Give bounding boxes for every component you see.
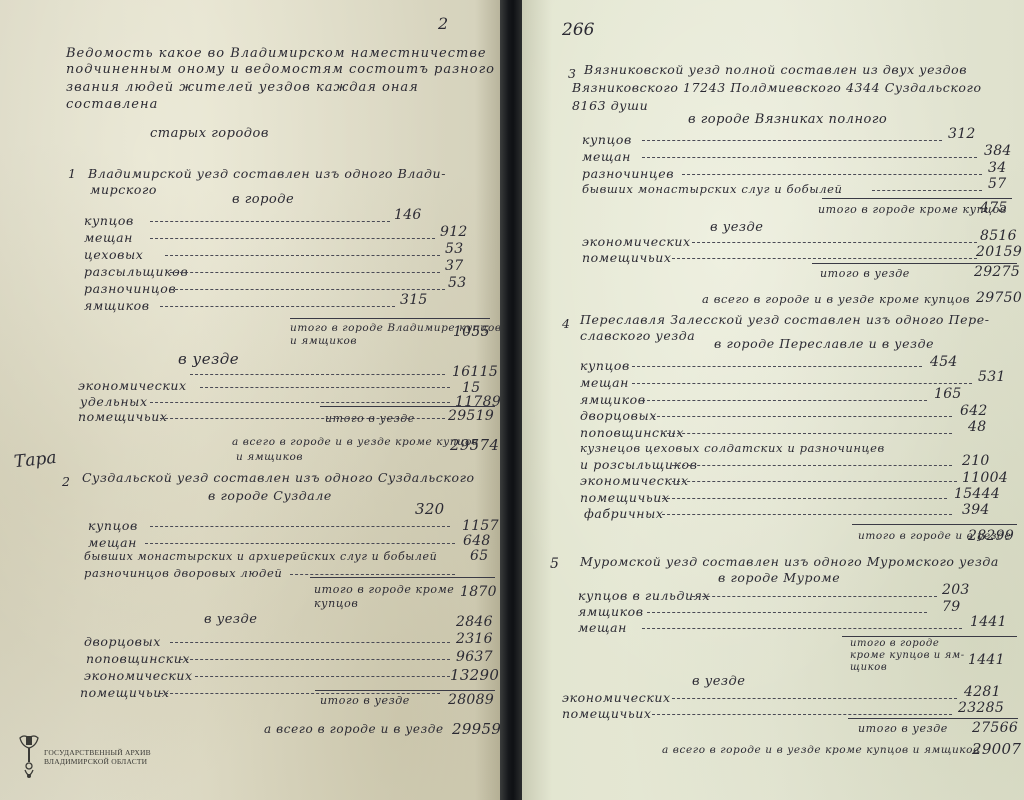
grand-total-value: 29750 <box>976 290 1022 306</box>
grand-total-label: а всего в городе и в уезде кроме купцов <box>702 292 970 306</box>
total-rule <box>315 690 495 691</box>
row-label: разночинцов дворовых людей <box>84 566 282 580</box>
total-label: итого в уезде <box>320 694 410 707</box>
row-value: 20159 <box>976 244 1022 260</box>
total-rule <box>848 718 1018 719</box>
leader-dashes <box>150 221 390 222</box>
left-page: 2 Ведомость какое во Владимирском намест… <box>0 0 500 800</box>
section-heading: Владимирской уезд составлен изъ одного В… <box>88 166 446 181</box>
leader-dashes <box>632 383 972 384</box>
row-label: бывших монастырских слуг и бобылей <box>582 182 843 196</box>
leader-dashes <box>165 255 440 256</box>
district-label: в уезде <box>178 350 239 368</box>
grand-total-value: 29959 <box>452 720 501 738</box>
leader-dashes <box>145 543 455 544</box>
row-value: 1157 <box>462 518 499 534</box>
row-label: поповщинских <box>86 651 190 666</box>
leader-dashes <box>692 596 937 597</box>
row-label: разночинцев <box>582 166 674 181</box>
leader-dashes <box>652 714 952 715</box>
section-heading: мирского <box>90 182 157 197</box>
city-label: в городе <box>232 192 294 207</box>
row-label: ямщиков <box>578 604 644 619</box>
row-label: помещичьих <box>562 706 652 721</box>
total-value: 27566 <box>972 720 1018 736</box>
archive-stamp-line1: ГОСУДАРСТВЕННЫЙ АРХИВ <box>44 748 151 757</box>
row-value: 320 <box>415 500 445 518</box>
leader-dashes <box>662 433 952 434</box>
row-value: 165 <box>934 386 962 402</box>
row-label: мещан <box>578 620 627 635</box>
leader-dashes <box>652 416 952 417</box>
total-value: 1055 <box>453 324 490 340</box>
total-label: купцов <box>314 597 358 610</box>
grand-total-label: а всего в городе и в уезде кроме купцов … <box>662 744 980 756</box>
archive-stamp: ГОСУДАРСТВЕННЫЙ АРХИВ ВЛАДИМИРСКОЙ ОБЛАС… <box>18 732 151 782</box>
section-number: 1 <box>68 166 77 181</box>
row-value: 65 <box>470 548 488 564</box>
total-label: итого в городе <box>850 638 939 649</box>
row-value: 16115 <box>452 364 498 380</box>
leader-dashes <box>682 174 982 175</box>
row-label: дворцовых <box>580 408 657 423</box>
total-label: итого в уезде <box>858 722 948 735</box>
section-heading: Суздальской уезд составлен изъ одного Су… <box>82 470 475 485</box>
row-value: 53 <box>445 241 463 257</box>
row-value: 203 <box>942 582 970 598</box>
leader-dashes <box>642 400 927 401</box>
district-label: в уезде <box>692 674 745 689</box>
leader-dashes <box>647 612 927 613</box>
row-label: помещичьих <box>580 490 670 505</box>
total-label: итого в городе кроме купцов <box>818 203 1007 216</box>
row-label: ямщиков <box>580 392 646 407</box>
row-label: фабричных <box>584 506 664 521</box>
leader-dashes <box>642 628 962 629</box>
grand-total-label: а всего в городе и в уезде <box>264 722 444 736</box>
row-label: купцов в гильдиях <box>578 588 710 603</box>
row-value: 4281 <box>964 684 1001 700</box>
row-value: 57 <box>988 176 1006 192</box>
leader-dashes <box>692 242 977 243</box>
leader-dashes <box>290 574 455 575</box>
row-label: бывших монастырских и архиерейских слуг … <box>84 550 437 563</box>
row-value: 1441 <box>970 614 1007 630</box>
leader-dashes <box>170 642 450 643</box>
leader-dashes <box>672 698 957 699</box>
row-value: 48 <box>968 419 986 435</box>
section-heading: Переславля Залесской уезд составлен изъ … <box>580 312 990 327</box>
leader-dashes <box>170 272 440 273</box>
district-label: в уезде <box>204 612 257 627</box>
title-line: Ведомость какое во Владимирском наместни… <box>66 46 487 61</box>
leader-dashes <box>672 481 957 482</box>
total-label: кроме купцов и ям- <box>850 650 965 661</box>
leader-dashes <box>672 258 977 259</box>
row-label: помещичьих <box>582 250 672 265</box>
margin-note: Тара <box>13 448 57 472</box>
archive-emblem-icon <box>18 732 40 782</box>
total-label: и ямщиков <box>290 335 357 347</box>
row-value: 531 <box>978 369 1006 385</box>
row-value: 146 <box>394 207 422 223</box>
section-heading: Муромской уезд составлен изъ одного Муро… <box>580 554 999 569</box>
section-number: 3 <box>568 66 577 81</box>
row-label: мещан <box>582 149 631 164</box>
total-value: 28299 <box>968 528 1014 544</box>
leader-dashes <box>872 190 982 191</box>
subtitle: старых городов <box>150 126 269 141</box>
row-value: 79 <box>942 599 960 615</box>
city-label: в городе Суздале <box>208 488 332 503</box>
row-label: помещичьих <box>80 685 170 700</box>
leader-dashes <box>180 659 450 660</box>
section-number: 2 <box>62 474 71 489</box>
section-heading: славского уезда <box>580 328 695 343</box>
total-rule <box>290 318 490 319</box>
total-value: 1441 <box>968 652 1005 668</box>
row-value: 394 <box>962 502 990 518</box>
leader-dashes <box>150 402 450 403</box>
leader-dashes <box>200 387 450 388</box>
city-label: в городе Муроме <box>718 570 840 585</box>
section-number: 5 <box>550 556 560 572</box>
title-line: подчиненным оному и ведомостям состоитъ … <box>66 62 495 77</box>
row-label: купцов <box>580 358 630 373</box>
city-label: в городе Переславле и в уезде <box>714 336 934 351</box>
total-rule <box>320 406 495 407</box>
book-spine <box>500 0 522 800</box>
row-value: 642 <box>960 403 988 419</box>
total-rule <box>842 636 1017 637</box>
row-value: 37 <box>445 258 463 274</box>
row-value: 2846 <box>456 614 493 630</box>
leader-dashes <box>190 374 445 375</box>
row-label: мещан <box>84 230 133 245</box>
title-line: звания людей жителей уездов каждая оная <box>66 80 419 95</box>
total-label: итого в уезде <box>325 412 415 425</box>
row-value: 13290 <box>450 666 499 684</box>
total-value: 1870 <box>460 584 497 600</box>
leader-dashes <box>150 238 435 239</box>
row-value: 9637 <box>456 649 493 665</box>
row-label: разночинцов <box>84 281 176 296</box>
row-label: цеховых <box>84 247 143 262</box>
leader-dashes <box>150 526 450 527</box>
row-value: 315 <box>400 292 428 308</box>
row-label: экономических <box>84 668 193 683</box>
leader-dashes <box>170 289 445 290</box>
leader-dashes <box>642 157 977 158</box>
total-value: 475 <box>980 200 1008 216</box>
leader-dashes <box>672 465 952 466</box>
total-label: итого в городе кроме <box>314 583 454 596</box>
row-value: 454 <box>930 354 958 370</box>
total-rule <box>310 577 495 578</box>
row-label: мещан <box>580 375 629 390</box>
grand-total-value: 29007 <box>972 740 1021 758</box>
total-rule <box>822 198 1012 199</box>
leader-dashes <box>195 676 450 677</box>
total-rule <box>852 524 1017 525</box>
leader-dashes <box>662 498 947 499</box>
page-mark: 2 <box>438 14 448 33</box>
row-label: экономических <box>562 690 671 705</box>
leader-dashes <box>662 514 952 515</box>
total-label: итого в уезде <box>820 267 910 280</box>
section-heading: 8163 души <box>572 98 648 113</box>
row-value: 11004 <box>962 470 1008 486</box>
leader-dashes <box>160 306 395 307</box>
row-value: 8516 <box>980 228 1017 244</box>
grand-total-value: 29574 <box>450 436 499 454</box>
section-number: 4 <box>562 316 571 331</box>
section-heading: Вязниковской уезд полной составлен из дв… <box>584 62 967 77</box>
leader-dashes <box>642 140 942 141</box>
row-label: купцов <box>88 518 138 533</box>
total-label: щиков <box>850 662 887 673</box>
right-page: 266 3 Вязниковской уезд полной составлен… <box>522 0 1024 800</box>
row-label: дворцовых <box>84 634 161 649</box>
row-value: 34 <box>988 160 1006 176</box>
row-label: купцов <box>84 213 134 228</box>
total-value: 29275 <box>974 264 1020 280</box>
city-label: в городе Вязниках полного <box>688 112 887 127</box>
district-label: в уезде <box>710 220 763 235</box>
section-heading: Вязниковского 17243 Полдмиевского 4344 С… <box>572 80 982 95</box>
grand-total-label: а всего в городе и в уезде кроме купцов <box>232 436 479 448</box>
total-value: 29519 <box>448 408 494 424</box>
archive-stamp-line2: ВЛАДИМИРСКОЙ ОБЛАСТИ <box>44 757 151 766</box>
grand-total-label: и ямщиков <box>236 451 303 463</box>
row-label: удельных <box>80 394 148 409</box>
row-label: экономических <box>582 234 691 249</box>
row-label: мещан <box>88 535 137 550</box>
row-label: помещичьих <box>78 409 168 424</box>
row-value: 912 <box>440 224 468 240</box>
row-value: 2316 <box>456 631 493 647</box>
row-value: 15444 <box>954 486 1000 502</box>
row-value: 23285 <box>958 700 1004 716</box>
row-label: экономических <box>78 378 187 393</box>
row-value: 210 <box>962 453 990 469</box>
row-value: 53 <box>448 275 466 291</box>
row-label: ямщиков <box>84 298 150 313</box>
title-line: составлена <box>66 97 158 112</box>
total-value: 28089 <box>448 692 494 708</box>
row-value: 312 <box>948 126 976 142</box>
row-label: кузнецов цеховых солдатских и разночинце… <box>580 441 885 455</box>
page-mark: 266 <box>562 20 594 40</box>
row-label: купцов <box>582 132 632 147</box>
leader-dashes <box>632 366 922 367</box>
row-value: 384 <box>984 143 1012 159</box>
row-value: 648 <box>463 533 491 549</box>
